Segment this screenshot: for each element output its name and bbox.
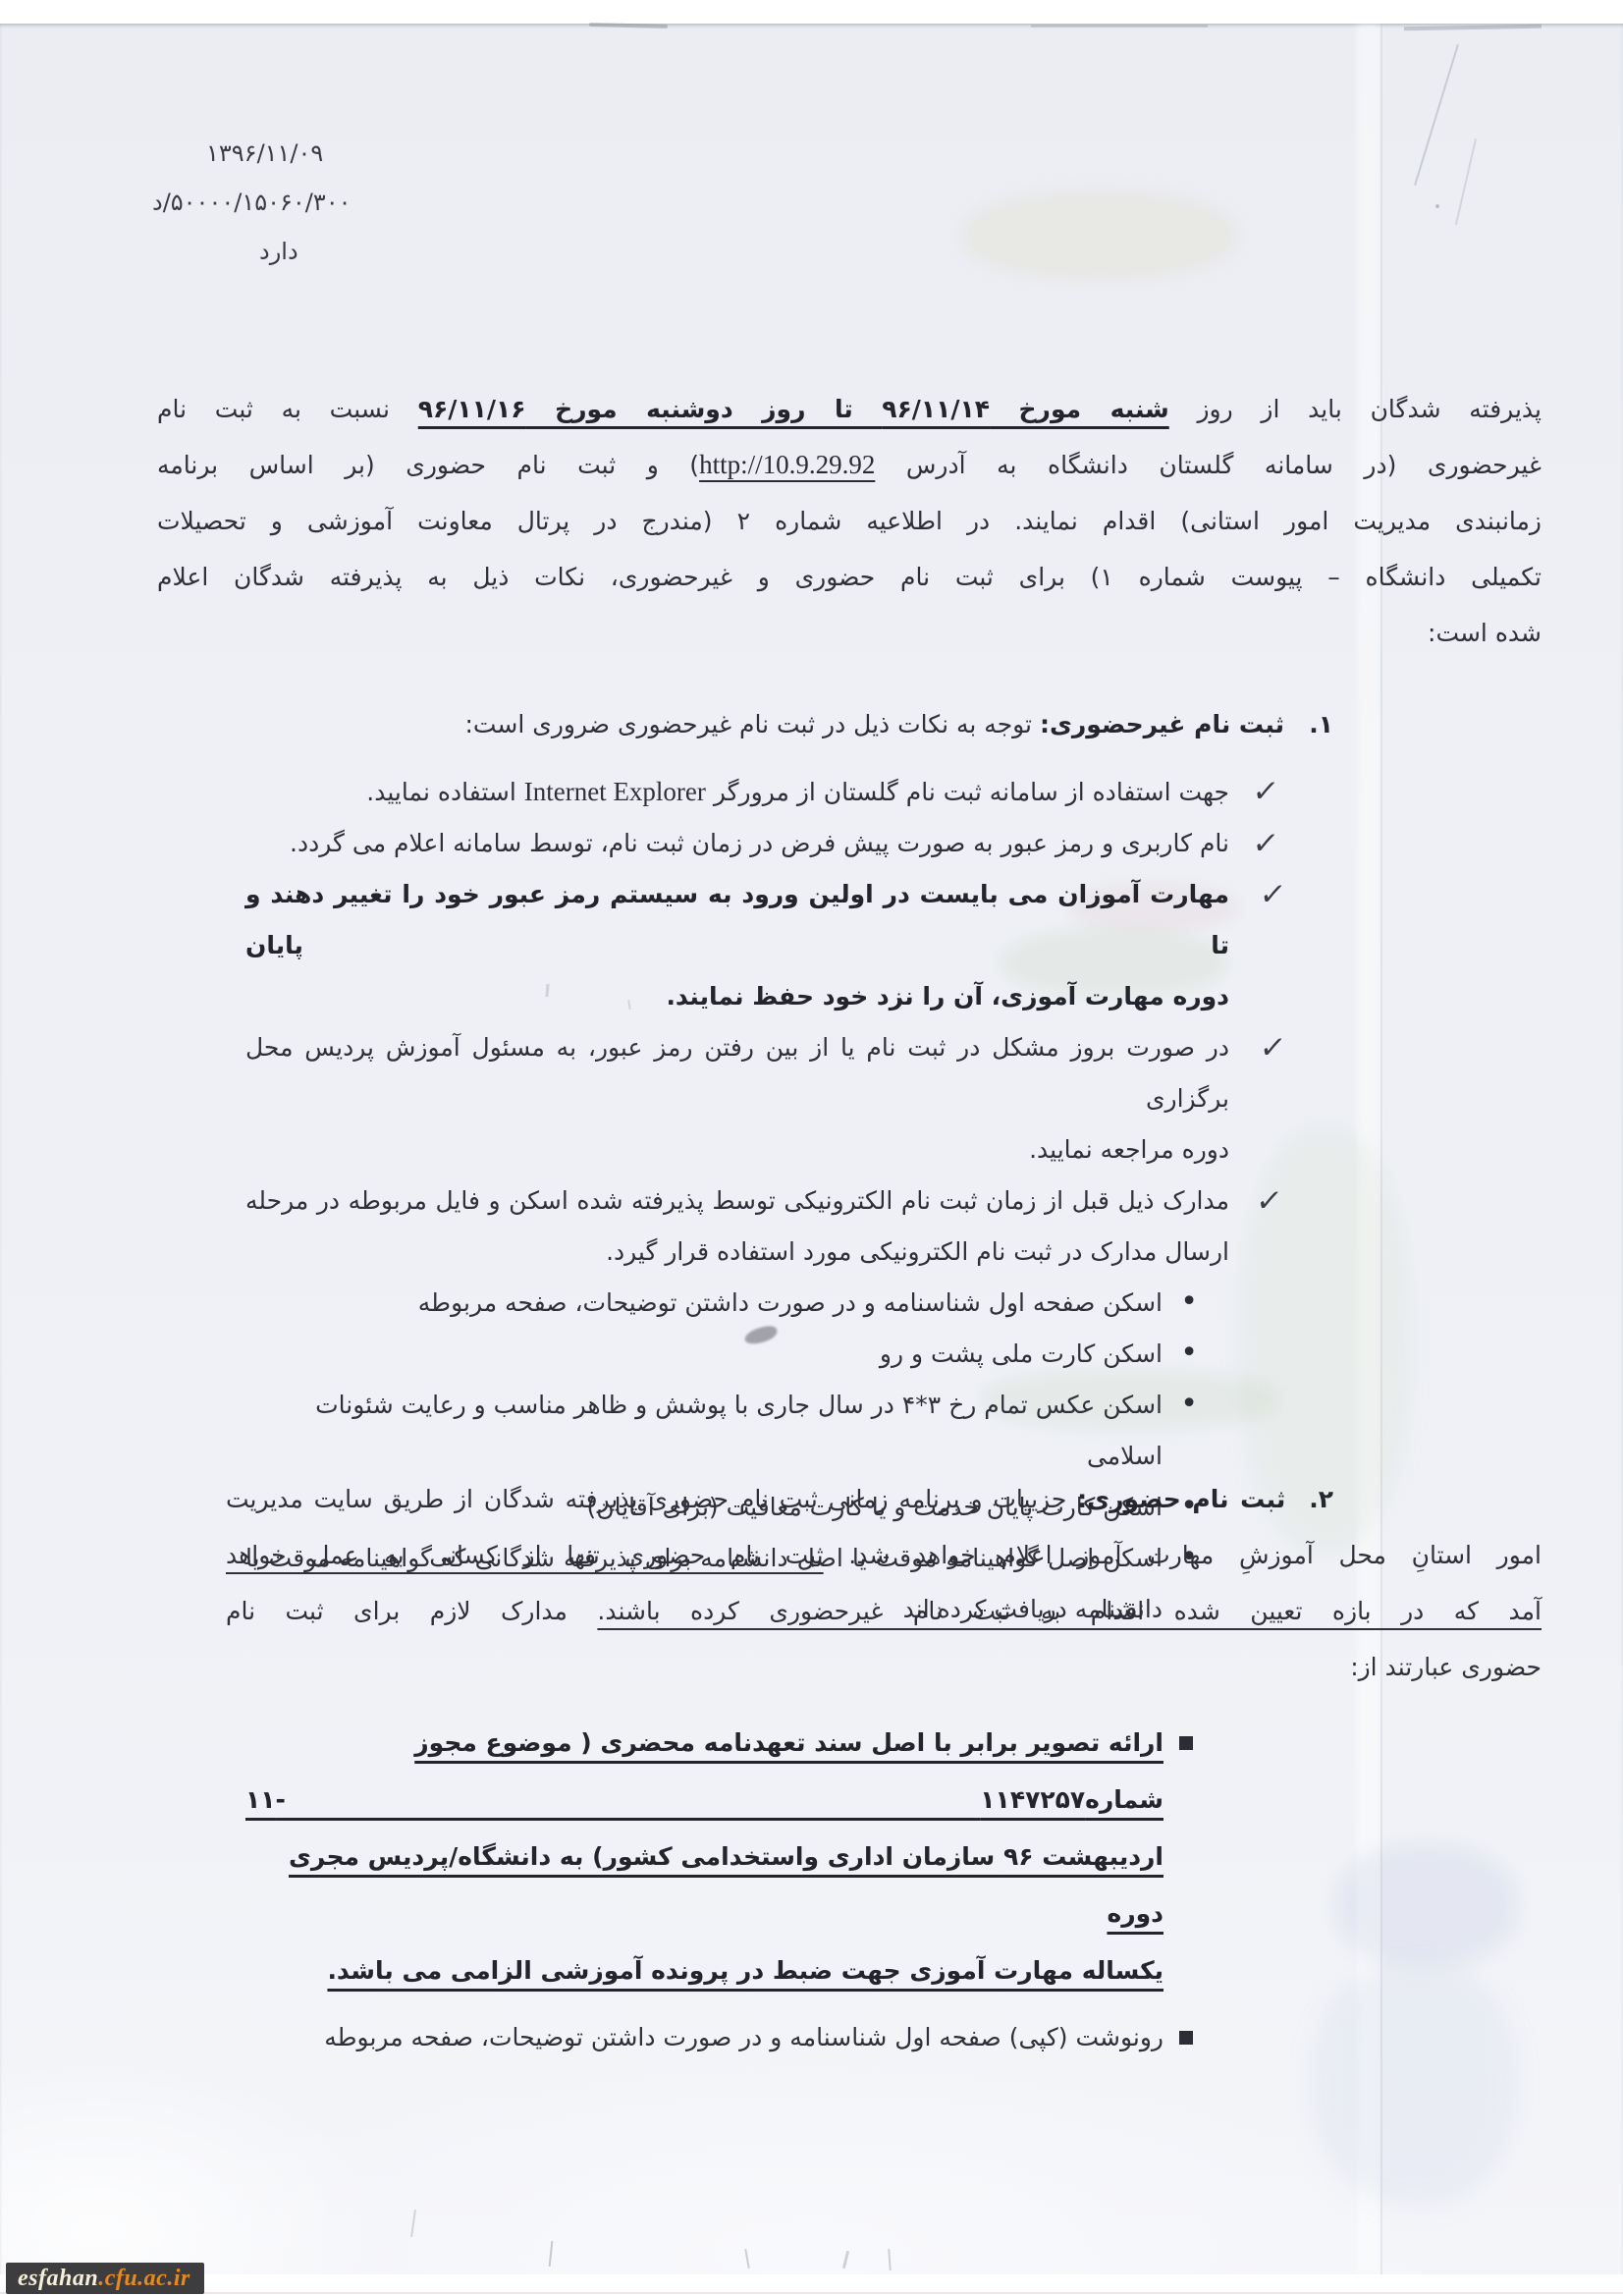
notary-deed-text: یکساله مهارت آموزی جهت ضبط در پرونده آمو… [245, 1942, 1163, 1999]
intro-line: زمانبندی مدیریت امور استانی) اقدام نماین… [157, 493, 1542, 549]
golestan-system-url: http://10.9.29.92 [699, 450, 875, 479]
check-text: مهارت آموزان می بایست در اولین ورود به س… [245, 869, 1229, 971]
bullet-item-national-card: • اسکن کارت ملی پشت و رو [245, 1329, 1542, 1380]
section-inperson-registration: ۲.ثبت نام حضوری: جزییات و برنامه زمانی ث… [226, 1471, 1542, 1695]
bullet-icon: • [1176, 1380, 1198, 1482]
letter-ref-number: د‎/۵۰۰۰۰/۱۵۰۶۰/۳۰۰ [152, 189, 352, 216]
bullet-item-photo: • اسکن عکس تمام رخ ۳*۴ در سال جاری با پو… [245, 1380, 1542, 1482]
bullet-text: اسکن کارت ملی پشت و رو [245, 1329, 1163, 1380]
intro-text: پذیرفته شدگان باید از روز [1169, 395, 1542, 423]
item2-line: حضوری عبارتند از: [226, 1639, 1542, 1695]
bullet-icon: • [1176, 1278, 1198, 1329]
registration-dates: شنبه مورخ ۹۶/۱۱/۱۴ تا روز دوشنبه مورخ ۹۶… [418, 395, 1169, 423]
notary-deed-text: اردیبهشت ۹۶ سازمان اداری واستخدامی کشور)… [245, 1829, 1163, 1942]
watermark-site-suffix: .cfu.ac.ir [98, 2266, 190, 2292]
check-text: جهت استفاده از سامانه ثبت نام گلستان از … [245, 766, 1229, 818]
check-text: در صورت بروز مشکل در ثبت نام یا از بین ر… [245, 1022, 1229, 1124]
item2-number: ۲. [1309, 1485, 1333, 1513]
bullet-text: اسکن عکس تمام رخ ۳*۴ در سال جاری با پوشش… [245, 1380, 1163, 1482]
id-copy-text: رونوشت (کپی) صفحه اول شناسنامه و در صورت… [245, 2009, 1163, 2066]
intro-line: پذیرفته شدگان باید از روز شنبه مورخ ۹۶/۱… [157, 381, 1542, 437]
check-item-problems: ✓ در صورت بروز مشکل در ثبت نام یا از بین… [245, 1022, 1542, 1175]
watermark-badge: esfahan.cfu.ac.ir [6, 2263, 204, 2294]
item2-line: امور استانِ محل آموزشِ مهارت آموز اعلام … [226, 1527, 1542, 1583]
square-bullet-icon [1179, 2031, 1193, 2045]
inperson-documents-list: ارائه تصویر برابر با اصل سند تعهدنامه مح… [245, 1715, 1542, 2066]
watermark-site-prefix: esfahan [18, 2266, 98, 2292]
item1-title: ثبت نام غیرحضوری: [1040, 710, 1284, 738]
check-text: دوره مراجعه نمایید. [245, 1124, 1229, 1175]
item2-title: ثبت نام حضوری: [1077, 1485, 1285, 1513]
intro-text: غیرحضوری (در سامانه گلستان دانشگاه به آد… [875, 451, 1542, 479]
notary-deed-text: ارائه تصویر برابر با اصل سند تعهدنامه مح… [245, 1715, 1163, 1829]
item1-heading-text: ثبت نام غیرحضوری: توجه به نکات ذیل در ثب… [464, 699, 1284, 750]
bullet-item-birth-certificate: • اسکن صفحه اول شناسنامه و در صورت داشتن… [245, 1278, 1542, 1329]
intro-line: شده است: [157, 605, 1542, 661]
internet-explorer-text: Internet Explorer [524, 777, 706, 806]
checkmark-icon: ✓ [1239, 818, 1281, 869]
square-bullet-icon [1179, 1736, 1193, 1750]
square-item-id-copy: رونوشت (کپی) صفحه اول شناسنامه و در صورت… [245, 2009, 1542, 2066]
attachment-indicator: دارد [259, 238, 298, 265]
checkmark-icon: ✓ [1232, 869, 1289, 1022]
underlined-condition: ثبت نام حضوری تنها از کسانی به عمل خواهد [226, 1541, 824, 1569]
check-item-change-password: ✓ مهارت آموزان می بایست در اولین ورود به… [245, 869, 1542, 1022]
check-text: نام کاربری و رمز عبور به صورت پیش فرض در… [245, 818, 1229, 869]
check-text: مدارک ذیل قبل از زمان ثبت نام الکترونیکی… [245, 1175, 1229, 1227]
check-text: ارسال مدارک در ثبت نام الکترونیکی مورد ا… [245, 1227, 1229, 1278]
item2-line: ۲.ثبت نام حضوری: جزییات و برنامه زمانی ث… [226, 1471, 1542, 1527]
check-item-documents-scan: ✓ مدارک ذیل قبل از زمان ثبت نام الکترونی… [245, 1175, 1542, 1278]
intro-line: تکمیلی دانشگاه – پیوست شماره ۱) برای ثبت… [157, 549, 1542, 605]
underlined-condition: آمد که در بازه تعیین شده اقدام به ثبت نا… [597, 1597, 1542, 1625]
checkmark-icon: ✓ [1236, 1175, 1286, 1278]
checkmark-icon: ✓ [1239, 766, 1281, 818]
intro-paragraph: پذیرفته شدگان باید از روز شنبه مورخ ۹۶/۱… [157, 381, 1542, 661]
check-item-credentials: ✓ نام کاربری و رمز عبور به صورت پیش فرض … [245, 818, 1542, 869]
item1-number: ۱. [1302, 699, 1333, 750]
check-text: دوره مهارت آموزی، آن را نزد خود حفظ نمای… [245, 971, 1229, 1022]
scan-bottom-edge [0, 2292, 1623, 2294]
intro-text: نسبت به ثبت نام [157, 395, 418, 423]
checkmark-icon: ✓ [1232, 1022, 1289, 1175]
bullet-text: اسکن صفحه اول شناسنامه و در صورت داشتن ت… [245, 1278, 1163, 1329]
letter-date: ۱۳۹۶/۱۱/۰۹ [206, 139, 323, 167]
square-item-notary-deed: ارائه تصویر برابر با اصل سند تعهدنامه مح… [245, 1715, 1542, 1999]
bullet-icon: • [1176, 1329, 1198, 1380]
check-item-browser: ✓ جهت استفاده از سامانه ثبت نام گلستان ا… [245, 766, 1542, 818]
item2-line: آمد که در بازه تعیین شده اقدام به ثبت نا… [226, 1583, 1542, 1639]
item1-heading: ۱. ثبت نام غیرحضوری: توجه به نکات ذیل در… [245, 699, 1542, 750]
intro-text: ) و ثبت نام حضوری (بر اساس برنامه [157, 451, 699, 479]
intro-line: غیرحضوری (در سامانه گلستان دانشگاه به آد… [157, 437, 1542, 493]
